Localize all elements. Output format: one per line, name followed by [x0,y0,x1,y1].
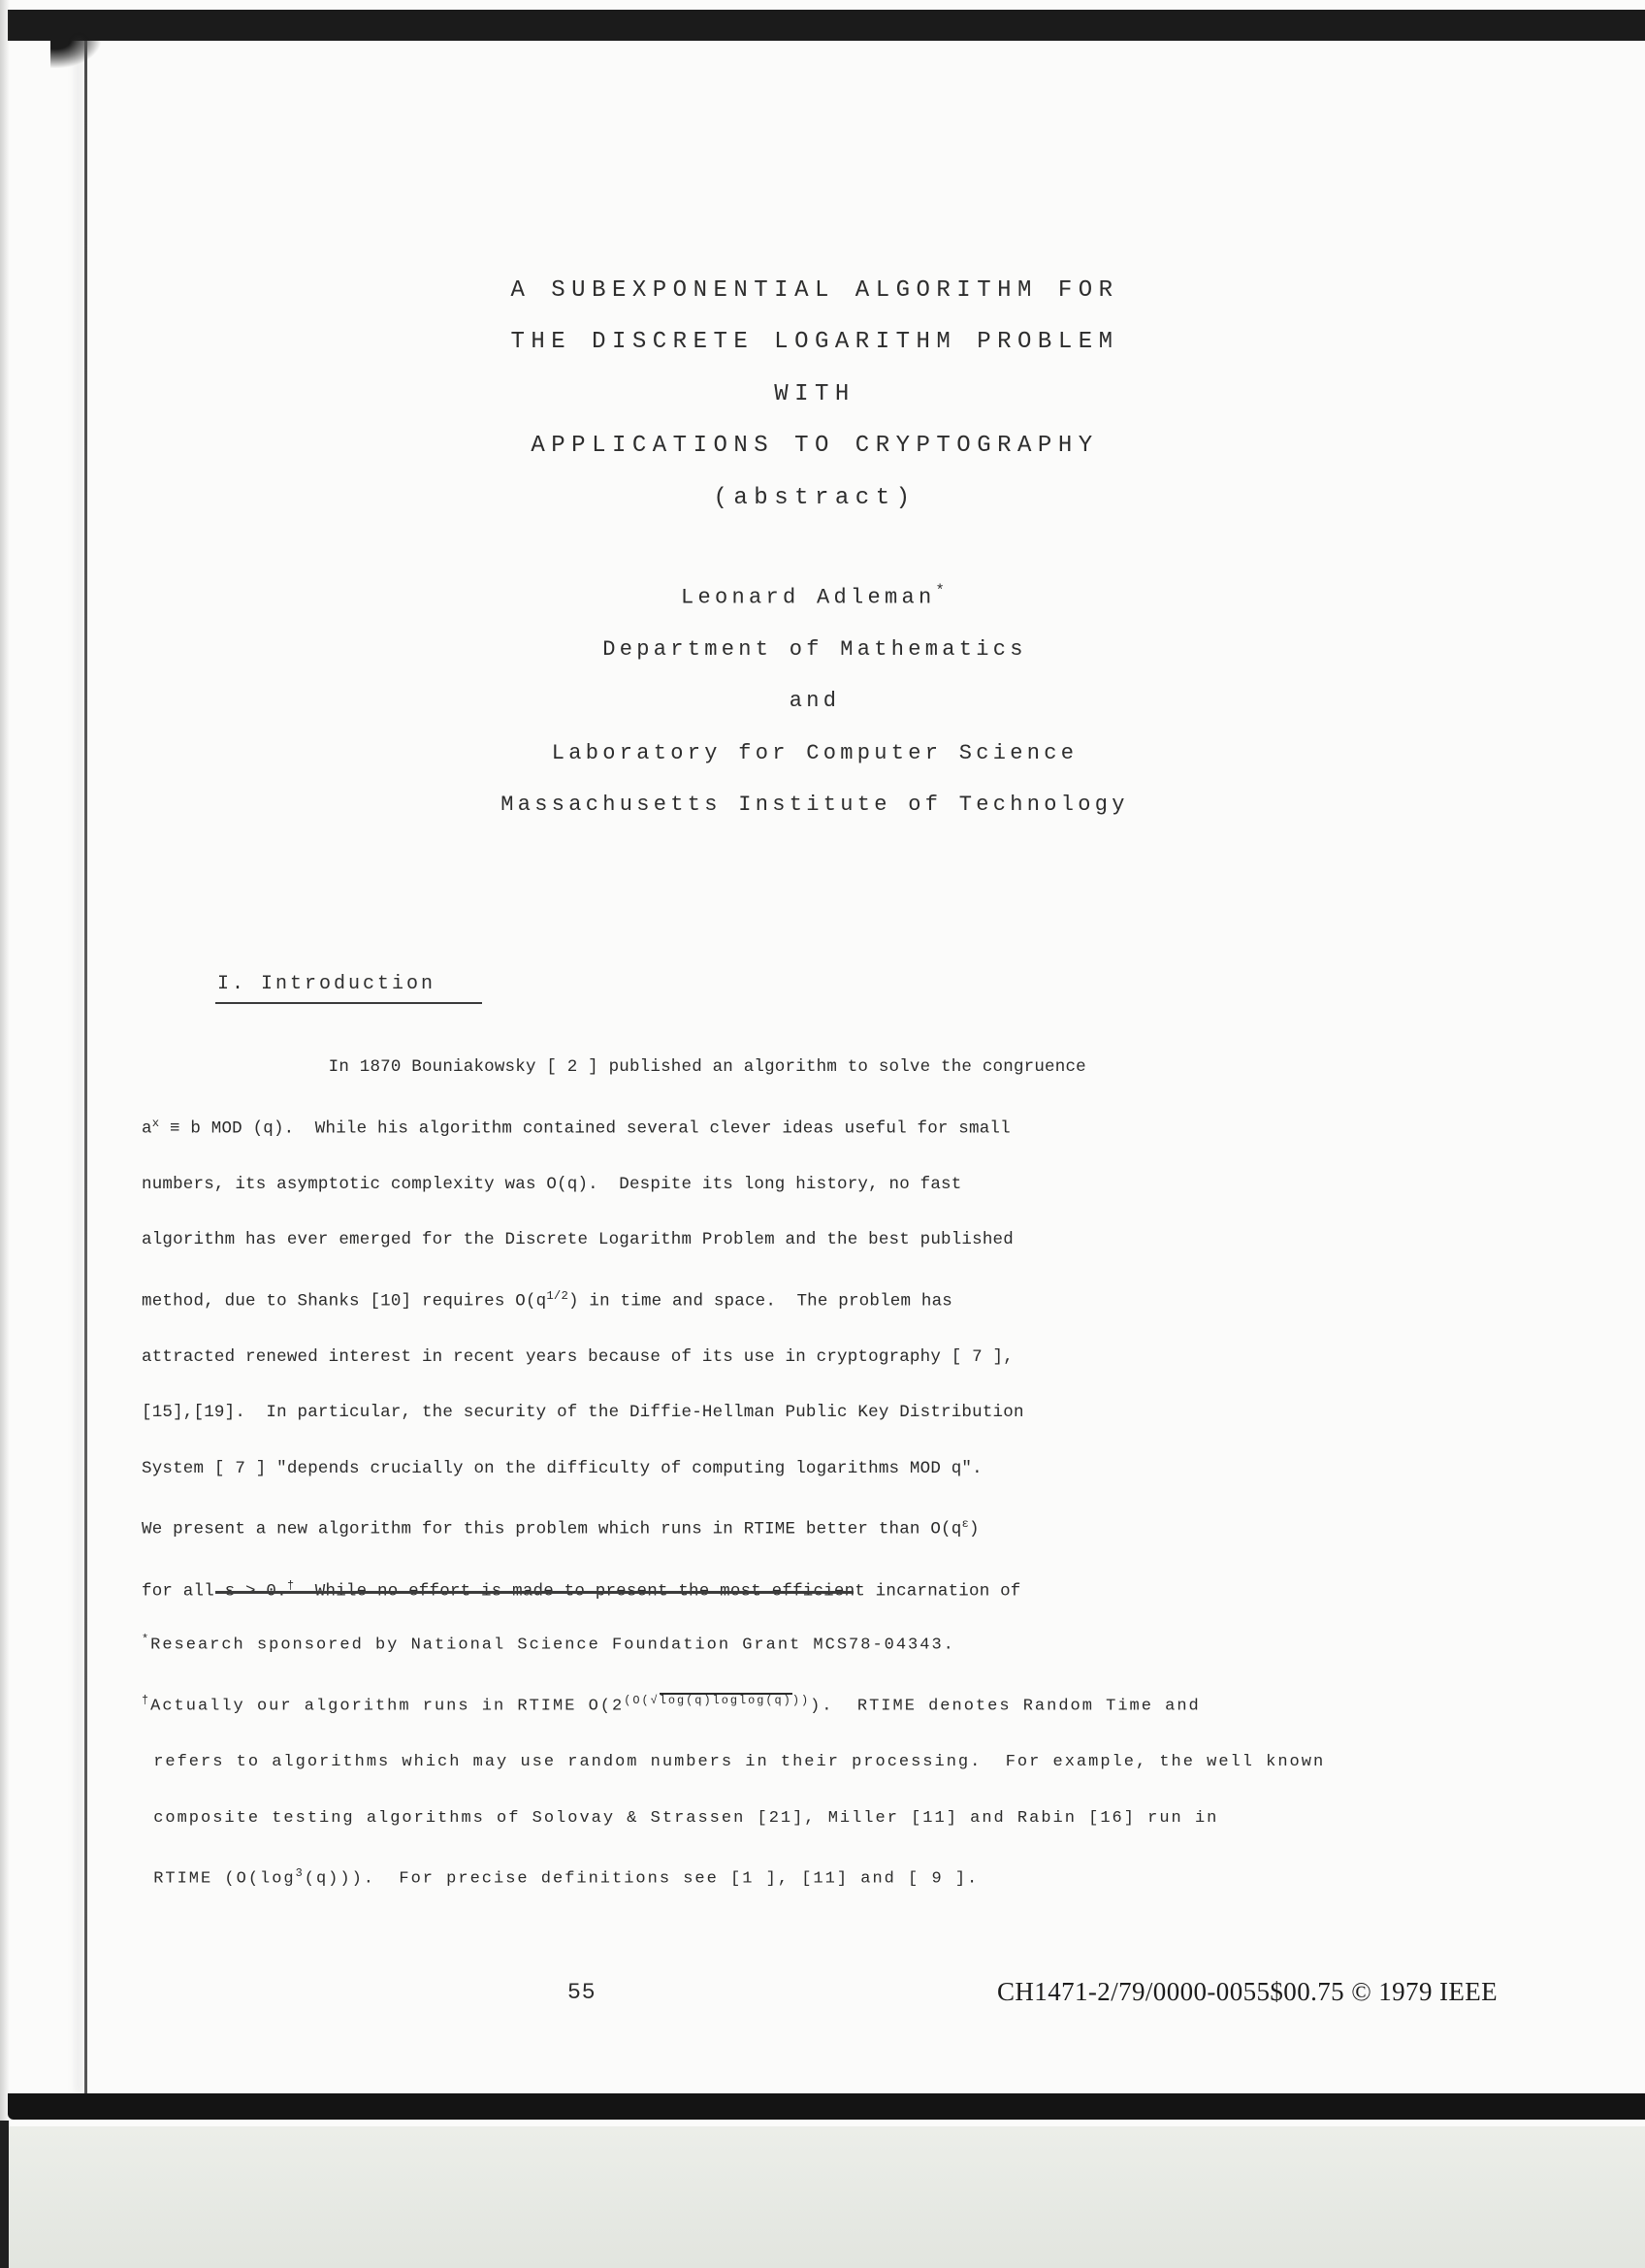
scan-top-edge-band [8,10,1645,41]
text-line: In 1870 Bouniakowsky [ 2 ] published an … [142,1040,1112,1096]
section-heading-text: I. Introduction [215,973,482,1004]
superscript: 1/2 [546,1289,568,1303]
page-number: 55 [567,1980,597,2005]
superscript: x [152,1117,160,1130]
text-line: (abstract) [330,472,1300,524]
scan-bottom-edge-band [8,2093,1645,2120]
text-line: †Actually our algorithm runs in RTIME O(… [142,1673,1500,1734]
superscript: (O(√log(q)loglog(q))) [624,1694,810,1707]
copyright-line: CH1471-2/79/0000-0055$00.75 © 1979 IEEE [997,1977,1498,2007]
superscript: * [142,1633,150,1646]
text-line: method, due to Shanks [10] requires O(q1… [142,1269,1112,1330]
text-line: [15],[19]. In particular, the security o… [142,1385,1112,1442]
text-line: ax ≡ b MOD (q). While his algorithm cont… [142,1096,1112,1157]
superscript: † [142,1694,150,1707]
text-line: We present a new algorithm for this prob… [142,1497,1112,1558]
section-heading: I. Introduction [215,973,482,995]
author-block: Leonard Adleman*Department of Mathematic… [330,566,1300,831]
text-line: Department of Mathematics [330,624,1300,675]
scanner-bed-background [0,2126,1645,2268]
text-line: *Research sponsored by National Science … [142,1612,1500,1673]
text-line: Massachusetts Institute of Technology [330,779,1300,830]
scan-bottom-left-strip [0,2121,9,2268]
intro-paragraph: In 1870 Bouniakowsky [ 2 ] published an … [142,1040,1112,1620]
superscript: * [936,582,950,599]
book-spine-shadow [84,41,87,2095]
scanned-paper-page: A SUBEXPONENTIAL ALGORITHM FORTHE DISCRE… [0,0,1645,2268]
text-line: for all ε > 0.† While no effort is made … [142,1559,1112,1620]
text-line: numbers, its asymptotic complexity was O… [142,1157,1112,1214]
overline: log(q)loglog(q) [660,1693,792,1707]
text-line: APPLICATIONS TO CRYPTOGRAPHY [330,420,1300,471]
text-line: System [ 7 ] "depends crucially on the d… [142,1442,1112,1498]
text-line: WITH [330,369,1300,420]
superscript: ε [961,1517,969,1531]
text-line: algorithm has ever emerged for the Discr… [142,1213,1112,1269]
superscript: 3 [296,1866,305,1880]
paper-title: A SUBEXPONENTIAL ALGORITHM FORTHE DISCRE… [330,265,1300,524]
text-line: Laboratory for Computer Science [330,728,1300,779]
scan-left-edge-shadow [0,0,10,2268]
text-line: A SUBEXPONENTIAL ALGORITHM FOR [330,265,1300,316]
scan-page-curl [50,39,101,68]
text-line: composite testing algorithms of Solovay … [142,1791,1500,1847]
text-line: Leonard Adleman* [330,566,1300,624]
footnotes-block: *Research sponsored by National Science … [142,1612,1500,1907]
footnote-separator-rule [215,1591,854,1594]
text-line: and [330,675,1300,727]
text-line: refers to algorithms which may use rando… [142,1734,1500,1791]
text-line: THE DISCRETE LOGARITHM PROBLEM [330,316,1300,368]
text-line: RTIME (O(log3(q))). For precise definiti… [142,1846,1500,1907]
text-line: attracted renewed interest in recent yea… [142,1330,1112,1386]
